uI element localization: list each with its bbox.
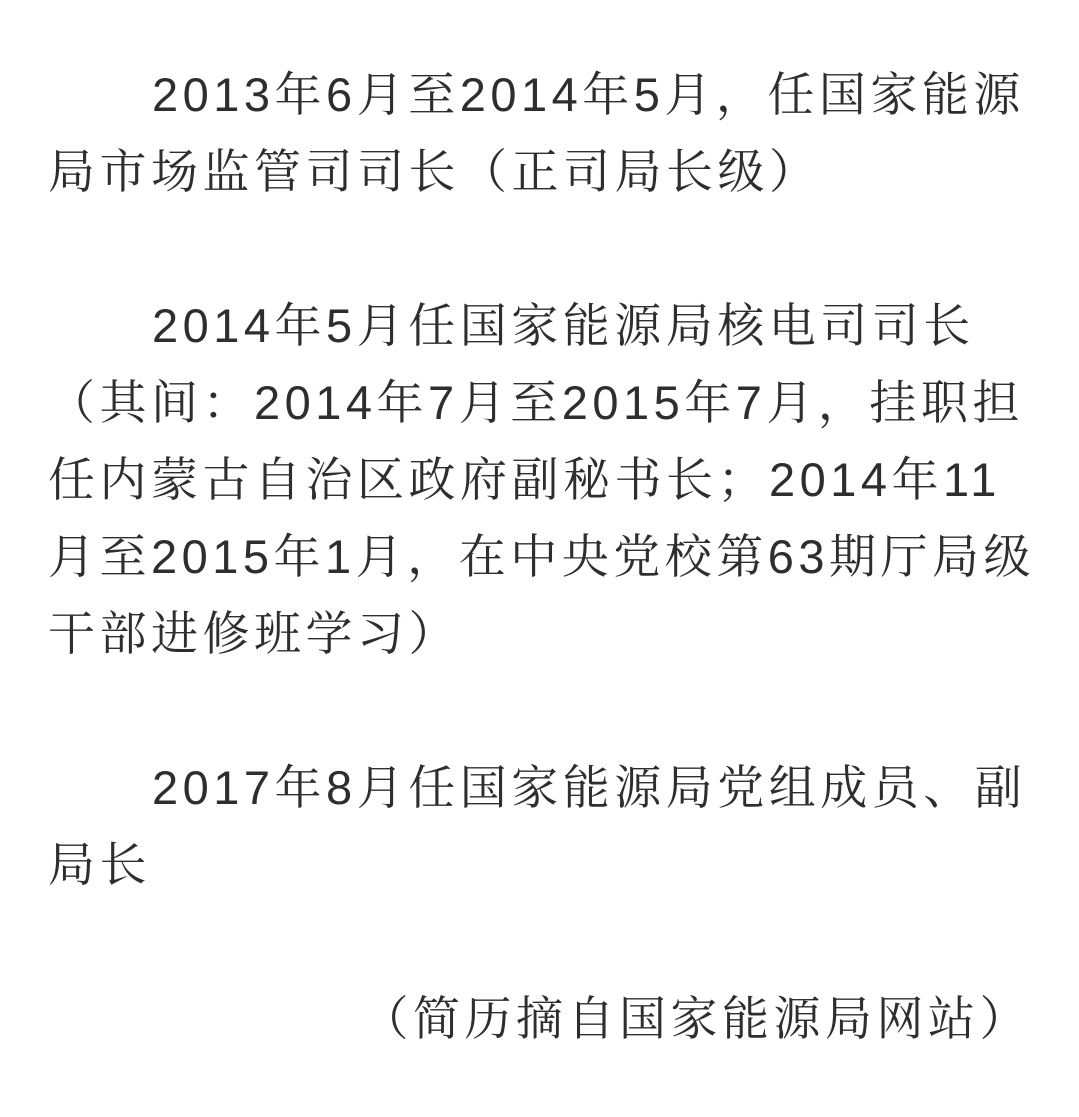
text-line: 2014年5月任国家能源局核电司司长 — [48, 287, 1031, 364]
text-line: 月至2015年1月，在中央党校第63期厅局级 — [48, 518, 1031, 595]
text-line: （其间：2014年7月至2015年7月，挂职担 — [48, 364, 1031, 441]
text-line: 任内蒙古自治区政府副秘书长；2014年11 — [48, 441, 1031, 518]
text-line: 局市场监管司司长（正司局长级） — [48, 133, 1031, 210]
source-note-line: （简历摘自国家能源局网站） — [48, 980, 1031, 1057]
text-line: 干部进修班学习） — [48, 595, 1031, 672]
text-line: 2013年6月至2014年5月，任国家能源 — [48, 56, 1031, 133]
text-line: 局长 — [48, 826, 1031, 903]
paragraph-2014-position: 2014年5月任国家能源局核电司司长 （其间：2014年7月至2015年7月，挂… — [48, 287, 1031, 672]
paragraph-2013-2014-position: 2013年6月至2014年5月，任国家能源 局市场监管司司长（正司局长级） — [48, 56, 1031, 210]
paragraph-2017-position: 2017年8月任国家能源局党组成员、副 局长 — [48, 749, 1031, 903]
resume-document: 2013年6月至2014年5月，任国家能源 局市场监管司司长（正司局长级） 20… — [0, 0, 1079, 1057]
text-line: 2017年8月任国家能源局党组成员、副 — [48, 749, 1031, 826]
paragraph-source-attribution: （简历摘自国家能源局网站） — [48, 980, 1031, 1057]
